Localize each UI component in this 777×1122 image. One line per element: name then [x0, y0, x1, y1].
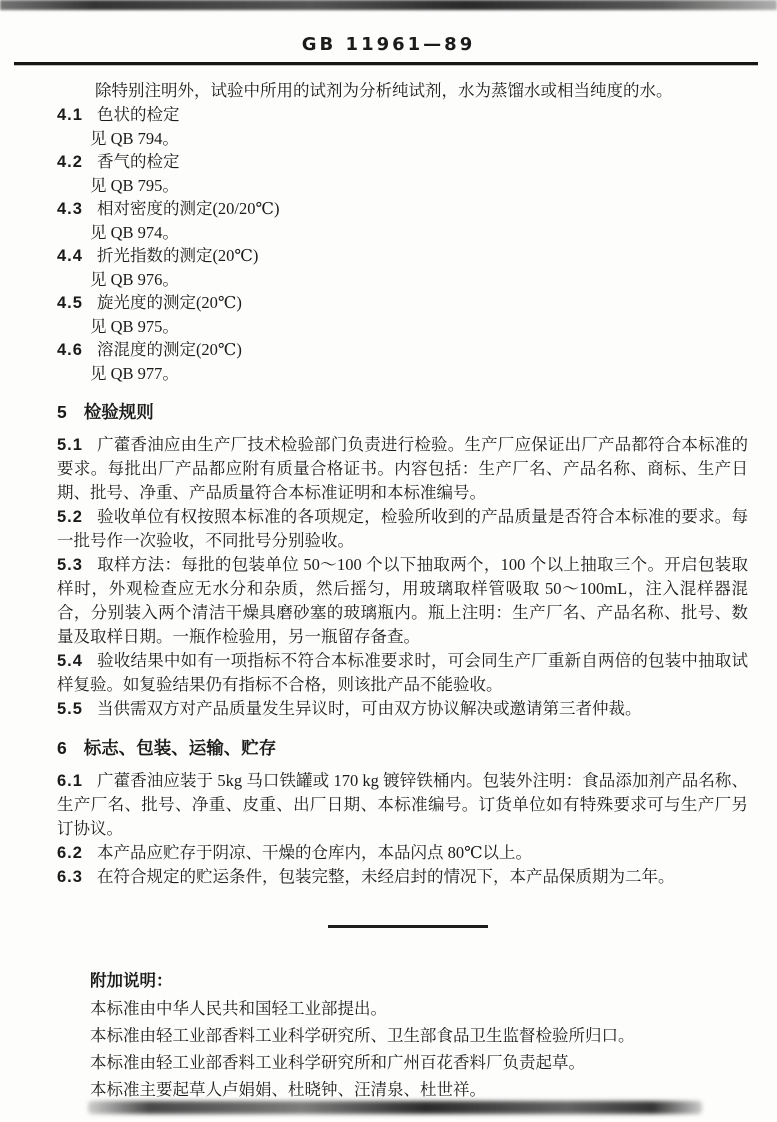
clause-heading: 4.1色状的检定 [57, 103, 748, 127]
scan-artifact-top [0, 0, 777, 10]
clause-reference: 见 QB 795。 [57, 174, 748, 197]
clause-paragraph: 6.2本产品应贮存于阴凉、干燥的仓库内，本品闪点 80℃以上。 [57, 841, 748, 865]
scan-artifact-bottom [88, 1101, 702, 1114]
clause-paragraph: 5.5当供需双方对产品质量发生异议时，可由双方协议解决或邀请第三者仲裁。 [57, 697, 748, 721]
clause-number: 4.3 [57, 200, 83, 218]
additional-note: 本标准由中华人民共和国轻工业部提出。 [90, 995, 748, 1022]
additional-note: 本标准由轻工业部香料工业科学研究所、卫生部食品卫生监督检验所归口。 [90, 1022, 748, 1049]
clause-paragraph: 5.4验收结果中如有一项指标不符合本标准要求时，可会同生产厂重新自两倍的包装中抽… [57, 649, 748, 697]
clause-reference: 见 QB 974。 [57, 221, 748, 244]
clause-text: 取样方法：每批的包装单位 50～100 个以下抽取两个，100 个以上抽取三个。… [57, 555, 748, 646]
section-number: 5 [57, 402, 68, 422]
clause-paragraph: 5.3取样方法：每批的包装单位 50～100 个以下抽取两个，100 个以上抽取… [57, 553, 748, 649]
clause-reference: 见 QB 977。 [57, 362, 748, 385]
clause-reference: 见 QB 794。 [57, 127, 748, 150]
section-4-methods: 4.1色状的检定 见 QB 794。 4.2香气的检定 见 QB 795。 4.… [57, 103, 748, 385]
additional-notes-title: 附加说明： [90, 968, 748, 995]
section-6-heading: 6标志、包装、运输、贮存 [57, 735, 748, 761]
clause-reference: 见 QB 976。 [57, 268, 748, 291]
clause-paragraph: 6.1广藿香油应装于 5kg 马口铁罐或 170 kg 镀锌铁桶内。包装外注明：… [57, 769, 748, 841]
clause-reference: 见 QB 975。 [57, 315, 748, 338]
clause-heading: 4.2香气的检定 [57, 150, 748, 174]
clause-title: 香气的检定 [97, 152, 180, 171]
clause-text: 当供需双方对产品质量发生异议时，可由双方协议解决或邀请第三者仲裁。 [97, 699, 642, 718]
clause-heading: 4.5旋光度的测定(20℃) [57, 291, 748, 315]
additional-note: 本标准由轻工业部香料工业科学研究所和广州百花香料厂负责起草。 [90, 1049, 748, 1076]
clause-heading: 4.6溶混度的测定(20℃) [57, 338, 748, 362]
clause-title: 色状的检定 [97, 105, 180, 124]
clause-number: 6.1 [57, 772, 83, 790]
clause-number: 4.1 [57, 106, 83, 124]
clause-paragraph: 5.1广藿香油应由生产厂技术检验部门负责进行检验。生产厂应保证出厂产品都符合本标… [57, 433, 748, 505]
clause-paragraph: 5.2验收单位有权按照本标准的各项规定，检验所收到的产品质量是否符合本标准的要求… [57, 505, 748, 553]
clause-number: 6.3 [57, 868, 83, 886]
center-divider-rule [328, 925, 488, 928]
additional-notes-block: 附加说明： 本标准由中华人民共和国轻工业部提出。 本标准由轻工业部香料工业科学研… [57, 968, 748, 1103]
clause-number: 6.2 [57, 844, 83, 862]
clause-heading: 4.4折光指数的测定(20℃) [57, 244, 748, 268]
clause-text: 验收结果中如有一项指标不符合本标准要求时，可会同生产厂重新自两倍的包装中抽取试样… [57, 651, 748, 694]
clause-title: 相对密度的测定(20/20℃) [97, 199, 280, 218]
section-number: 6 [57, 738, 68, 758]
clause-number: 5.1 [57, 436, 83, 454]
clause-number: 5.3 [57, 556, 83, 574]
clause-number: 4.5 [57, 294, 83, 312]
clause-number: 5.5 [57, 700, 83, 718]
clause-text: 验收单位有权按照本标准的各项规定，检验所收到的产品质量是否符合本标准的要求。每一… [57, 507, 748, 550]
clause-title: 旋光度的测定(20℃) [97, 293, 242, 312]
clause-title: 溶混度的测定(20℃) [97, 340, 242, 359]
document-page: GB 11961—89 除特别注明外，试验中所用的试剂为分析纯试剂，水为蒸馏水或… [0, 0, 777, 1122]
section-5-heading: 5检验规则 [57, 399, 748, 425]
clause-number: 5.4 [57, 652, 83, 670]
intro-paragraph: 除特别注明外，试验中所用的试剂为分析纯试剂，水为蒸馏水或相当纯度的水。 [57, 79, 748, 102]
clause-number: 4.2 [57, 153, 83, 171]
clause-number: 4.6 [57, 341, 83, 359]
additional-note: 本标准主要起草人卢娟娟、杜晓钟、汪清泉、杜世祥。 [90, 1076, 748, 1103]
header-rule [14, 62, 758, 65]
clause-heading: 4.3相对密度的测定(20/20℃) [57, 197, 748, 221]
clause-paragraph: 6.3在符合规定的贮运条件，包装完整，未经启封的情况下，本产品保质期为二年。 [57, 865, 748, 889]
clause-text: 广藿香油应由生产厂技术检验部门负责进行检验。生产厂应保证出厂产品都符合本标准的要… [57, 435, 748, 502]
section-title: 标志、包装、运输、贮存 [84, 738, 277, 758]
clause-title: 折光指数的测定(20℃) [97, 246, 258, 265]
document-body: 除特别注明外，试验中所用的试剂为分析纯试剂，水为蒸馏水或相当纯度的水。 4.1色… [0, 79, 777, 1103]
section-title: 检验规则 [84, 402, 154, 422]
clause-number: 5.2 [57, 508, 83, 526]
clause-text: 广藿香油应装于 5kg 马口铁罐或 170 kg 镀锌铁桶内。包装外注明：食品添… [57, 771, 748, 838]
clause-number: 4.4 [57, 247, 83, 265]
clause-text: 在符合规定的贮运条件，包装完整，未经启封的情况下，本产品保质期为二年。 [97, 867, 675, 886]
clause-text: 本产品应贮存于阴凉、干燥的仓库内，本品闪点 80℃以上。 [97, 843, 532, 862]
